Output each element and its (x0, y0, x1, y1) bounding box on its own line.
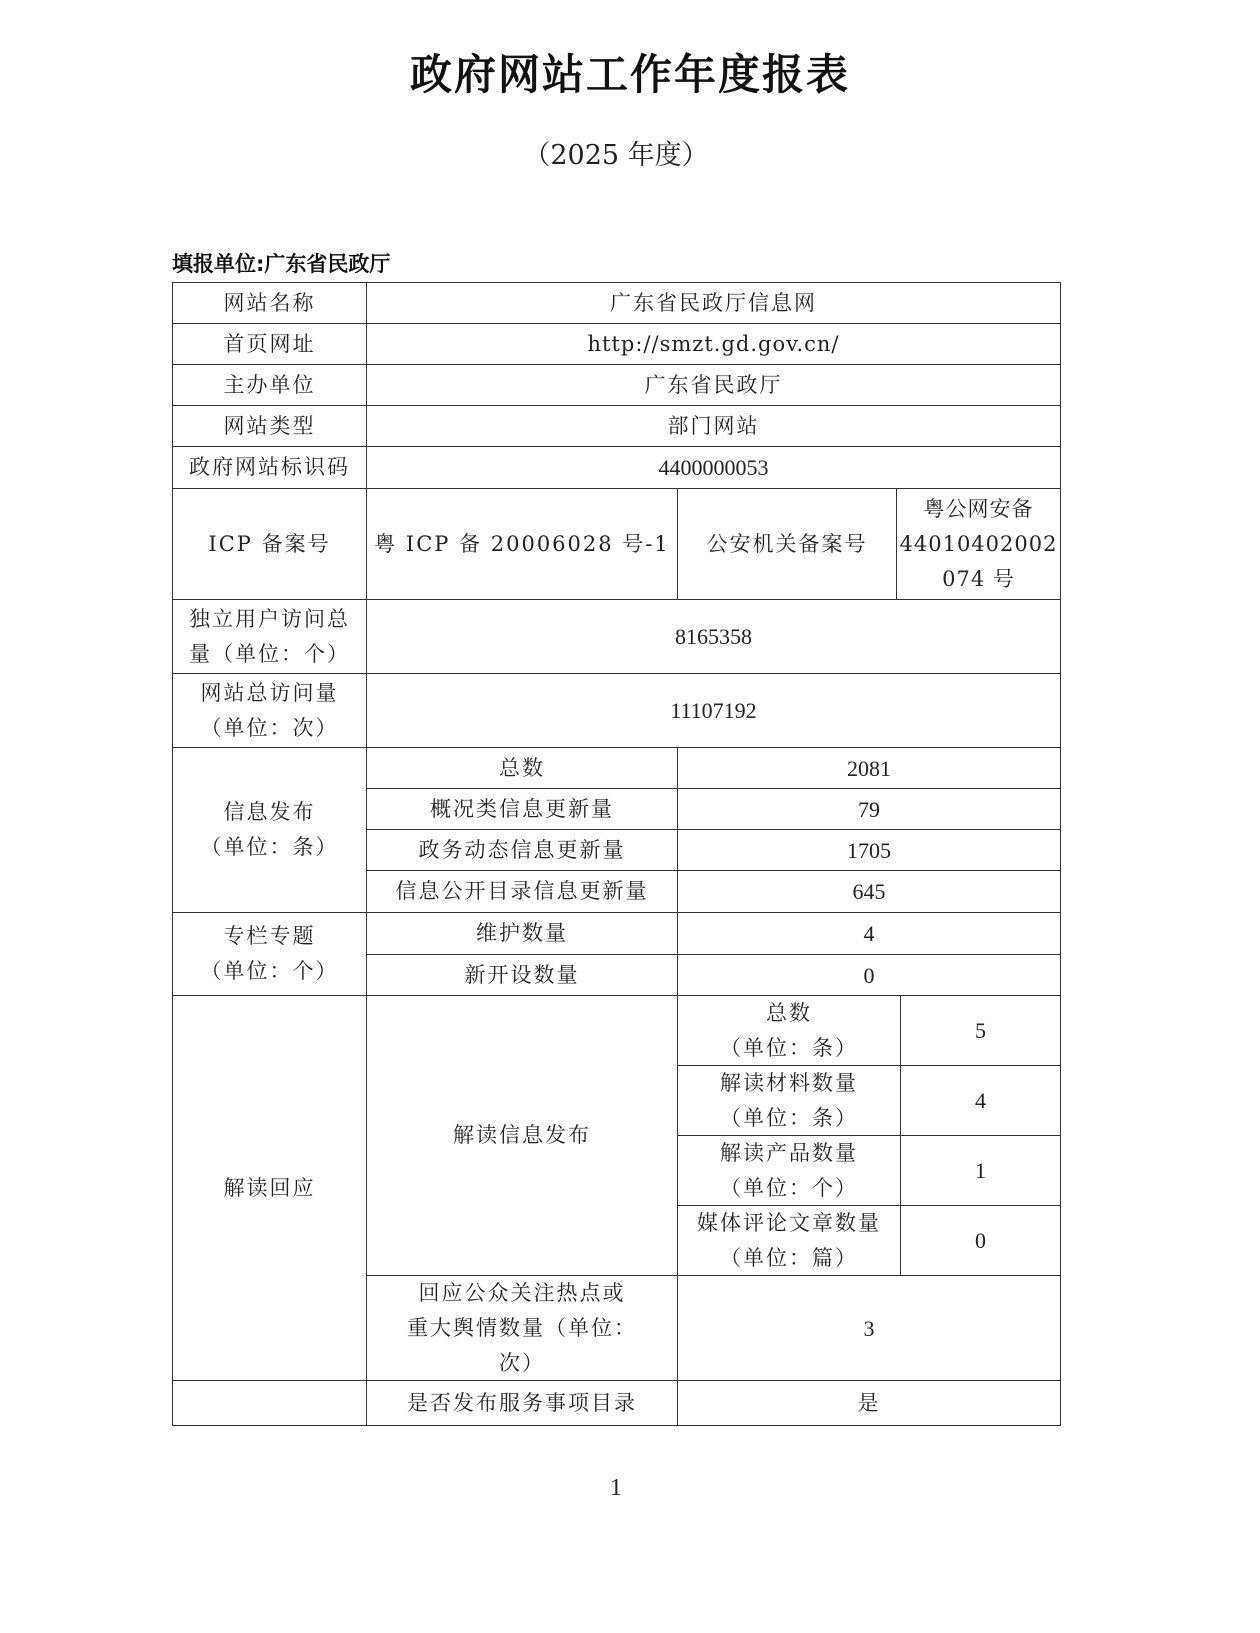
info-release-label: 信息发布 （单位：条） (172, 747, 367, 913)
site-id-code-label: 政府网站标识码 (172, 446, 367, 489)
sponsor-value: 广东省民政厅 (366, 364, 1061, 406)
interpretation-products-label: 解读产品数量 （单位：个） (677, 1135, 901, 1206)
total-visits-label: 网站总访问量 （单位：次） (172, 673, 367, 748)
interpretation-response-label: 解读回应 (172, 995, 367, 1381)
new-columns-label: 新开设数量 (366, 954, 678, 996)
site-id-code-value: 4400000053 (366, 446, 1061, 489)
media-commentary-value: 0 (900, 1205, 1061, 1276)
interpretation-materials-value: 4 (900, 1065, 1061, 1136)
service-catalog-label: 是否发布服务事项目录 (366, 1380, 678, 1426)
public-concern-response-label: 回应公众关注热点或 重大舆情数量（单位： 次） (366, 1275, 678, 1381)
interpretation-materials-label: 解读材料数量 （单位：条） (677, 1065, 901, 1136)
report-title: 政府网站工作年度报表 (0, 42, 1260, 102)
police-record-label: 公安机关备案号 (677, 488, 897, 600)
media-commentary-label: 媒体评论文章数量 （单位：篇） (677, 1205, 901, 1276)
info-release-total-value: 2081 (677, 747, 1061, 789)
filing-unit: 填报单位:广东省民政厅 (172, 248, 390, 278)
homepage-url-value: http://smzt.gd.gov.cn/ (366, 323, 1061, 365)
new-columns-value: 0 (677, 954, 1061, 996)
report-year: （2025 年度） (0, 133, 1232, 172)
total-visits-value: 11107192 (366, 673, 1061, 748)
interpretation-release-label: 解读信息发布 (366, 995, 678, 1276)
disclosure-catalog-updates-value: 645 (677, 870, 1061, 913)
public-concern-response-value: 3 (677, 1275, 1061, 1381)
icp-label: ICP 备案号 (172, 488, 367, 600)
site-type-label: 网站类型 (172, 405, 367, 447)
gov-news-updates-value: 1705 (677, 829, 1061, 871)
page-number: 1 (0, 1475, 1232, 1502)
special-columns-label: 专栏专题 （单位：个） (172, 912, 367, 996)
interpretation-products-value: 1 (900, 1135, 1061, 1206)
interpretation-total-label: 总数 （单位：条） (677, 995, 901, 1066)
overview-updates-value: 79 (677, 788, 1061, 830)
police-record-value: 粤公网安备 44010402002 074 号 (896, 488, 1061, 600)
unique-visitors-label: 独立用户访问总 量（单位：个） (172, 599, 367, 674)
disclosure-catalog-updates-label: 信息公开目录信息更新量 (366, 870, 678, 913)
info-release-total-label: 总数 (366, 747, 678, 789)
site-name-label: 网站名称 (172, 282, 367, 324)
site-type-value: 部门网站 (366, 405, 1061, 447)
gov-news-updates-label: 政务动态信息更新量 (366, 829, 678, 871)
service-catalog-value: 是 (677, 1380, 1061, 1426)
service-catalog-empty-label (172, 1380, 367, 1426)
sponsor-label: 主办单位 (172, 364, 367, 406)
overview-updates-label: 概况类信息更新量 (366, 788, 678, 830)
maintained-columns-label: 维护数量 (366, 912, 678, 955)
site-name-value: 广东省民政厅信息网 (366, 282, 1061, 324)
interpretation-total-value: 5 (900, 995, 1061, 1066)
maintained-columns-value: 4 (677, 912, 1061, 955)
homepage-url-label: 首页网址 (172, 323, 367, 365)
report-table: 网站名称 广东省民政厅信息网 首页网址 http://smzt.gd.gov.c… (172, 282, 1061, 1426)
unique-visitors-value: 8165358 (366, 599, 1061, 674)
icp-value: 粤 ICP 备 20006028 号-1 (366, 488, 678, 600)
